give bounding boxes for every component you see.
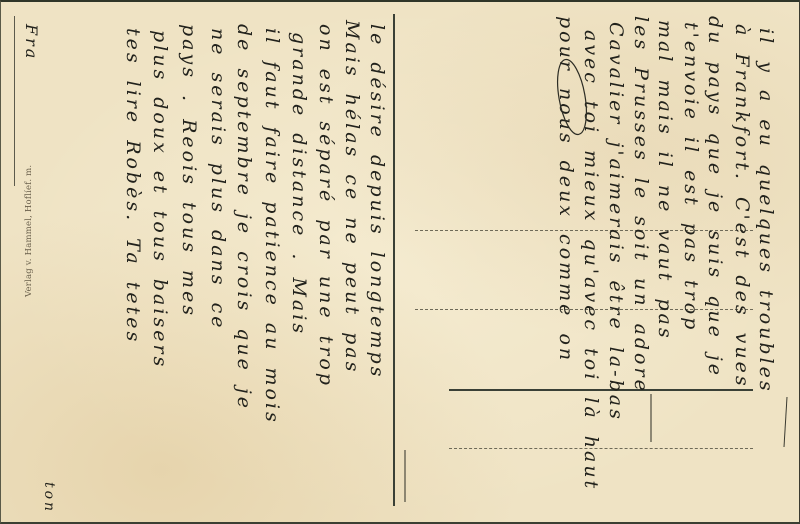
postcard-back: Verlag v. Hammel, Hoflíef. m. il y a eu … bbox=[0, 0, 799, 522]
message-line: avec toi mieux qu'avec toi là haut bbox=[580, 30, 602, 491]
message-line: Cavalier j'aimerais être la-bas bbox=[605, 22, 627, 422]
message-line: ton bbox=[41, 482, 57, 514]
message-line: à Frankfort. C'est des vues bbox=[731, 24, 753, 389]
message-line: grande distance . Mais bbox=[288, 32, 310, 336]
message-line: Mais hélas ce ne peut pas bbox=[341, 20, 363, 374]
message-line: plus doux et tous baisers bbox=[149, 30, 171, 369]
message-line: pays . Reois tous mes bbox=[178, 24, 200, 318]
message-line: le désire depuis longtemps bbox=[366, 24, 388, 379]
message-line: les Prusses le soit un adore bbox=[630, 16, 652, 394]
message-line: tes lire Robès. Ta tetes bbox=[122, 28, 144, 344]
message-line: de septembre je crois que je bbox=[233, 24, 255, 411]
left-margin-line bbox=[14, 16, 15, 186]
message-line: on est séparé par une trop bbox=[315, 24, 337, 388]
message-line: il faut faire patience au mois bbox=[261, 28, 283, 425]
message-line: t'envoie il est pas trop bbox=[680, 22, 702, 332]
message-line: il y a eu quelques troubles bbox=[755, 28, 777, 394]
message-line: pour nous deux comme on bbox=[555, 16, 577, 363]
center-divider-line bbox=[393, 14, 395, 506]
message-line: mal mais il ne vaut pas bbox=[654, 20, 676, 341]
message-line: ne serais plus dans ce bbox=[207, 28, 229, 330]
message-line: du pays que je suis que je bbox=[704, 16, 726, 378]
margin-note: Fra bbox=[22, 24, 41, 61]
publisher-credit: Verlag v. Hammel, Hoflíef. m. bbox=[24, 157, 34, 297]
